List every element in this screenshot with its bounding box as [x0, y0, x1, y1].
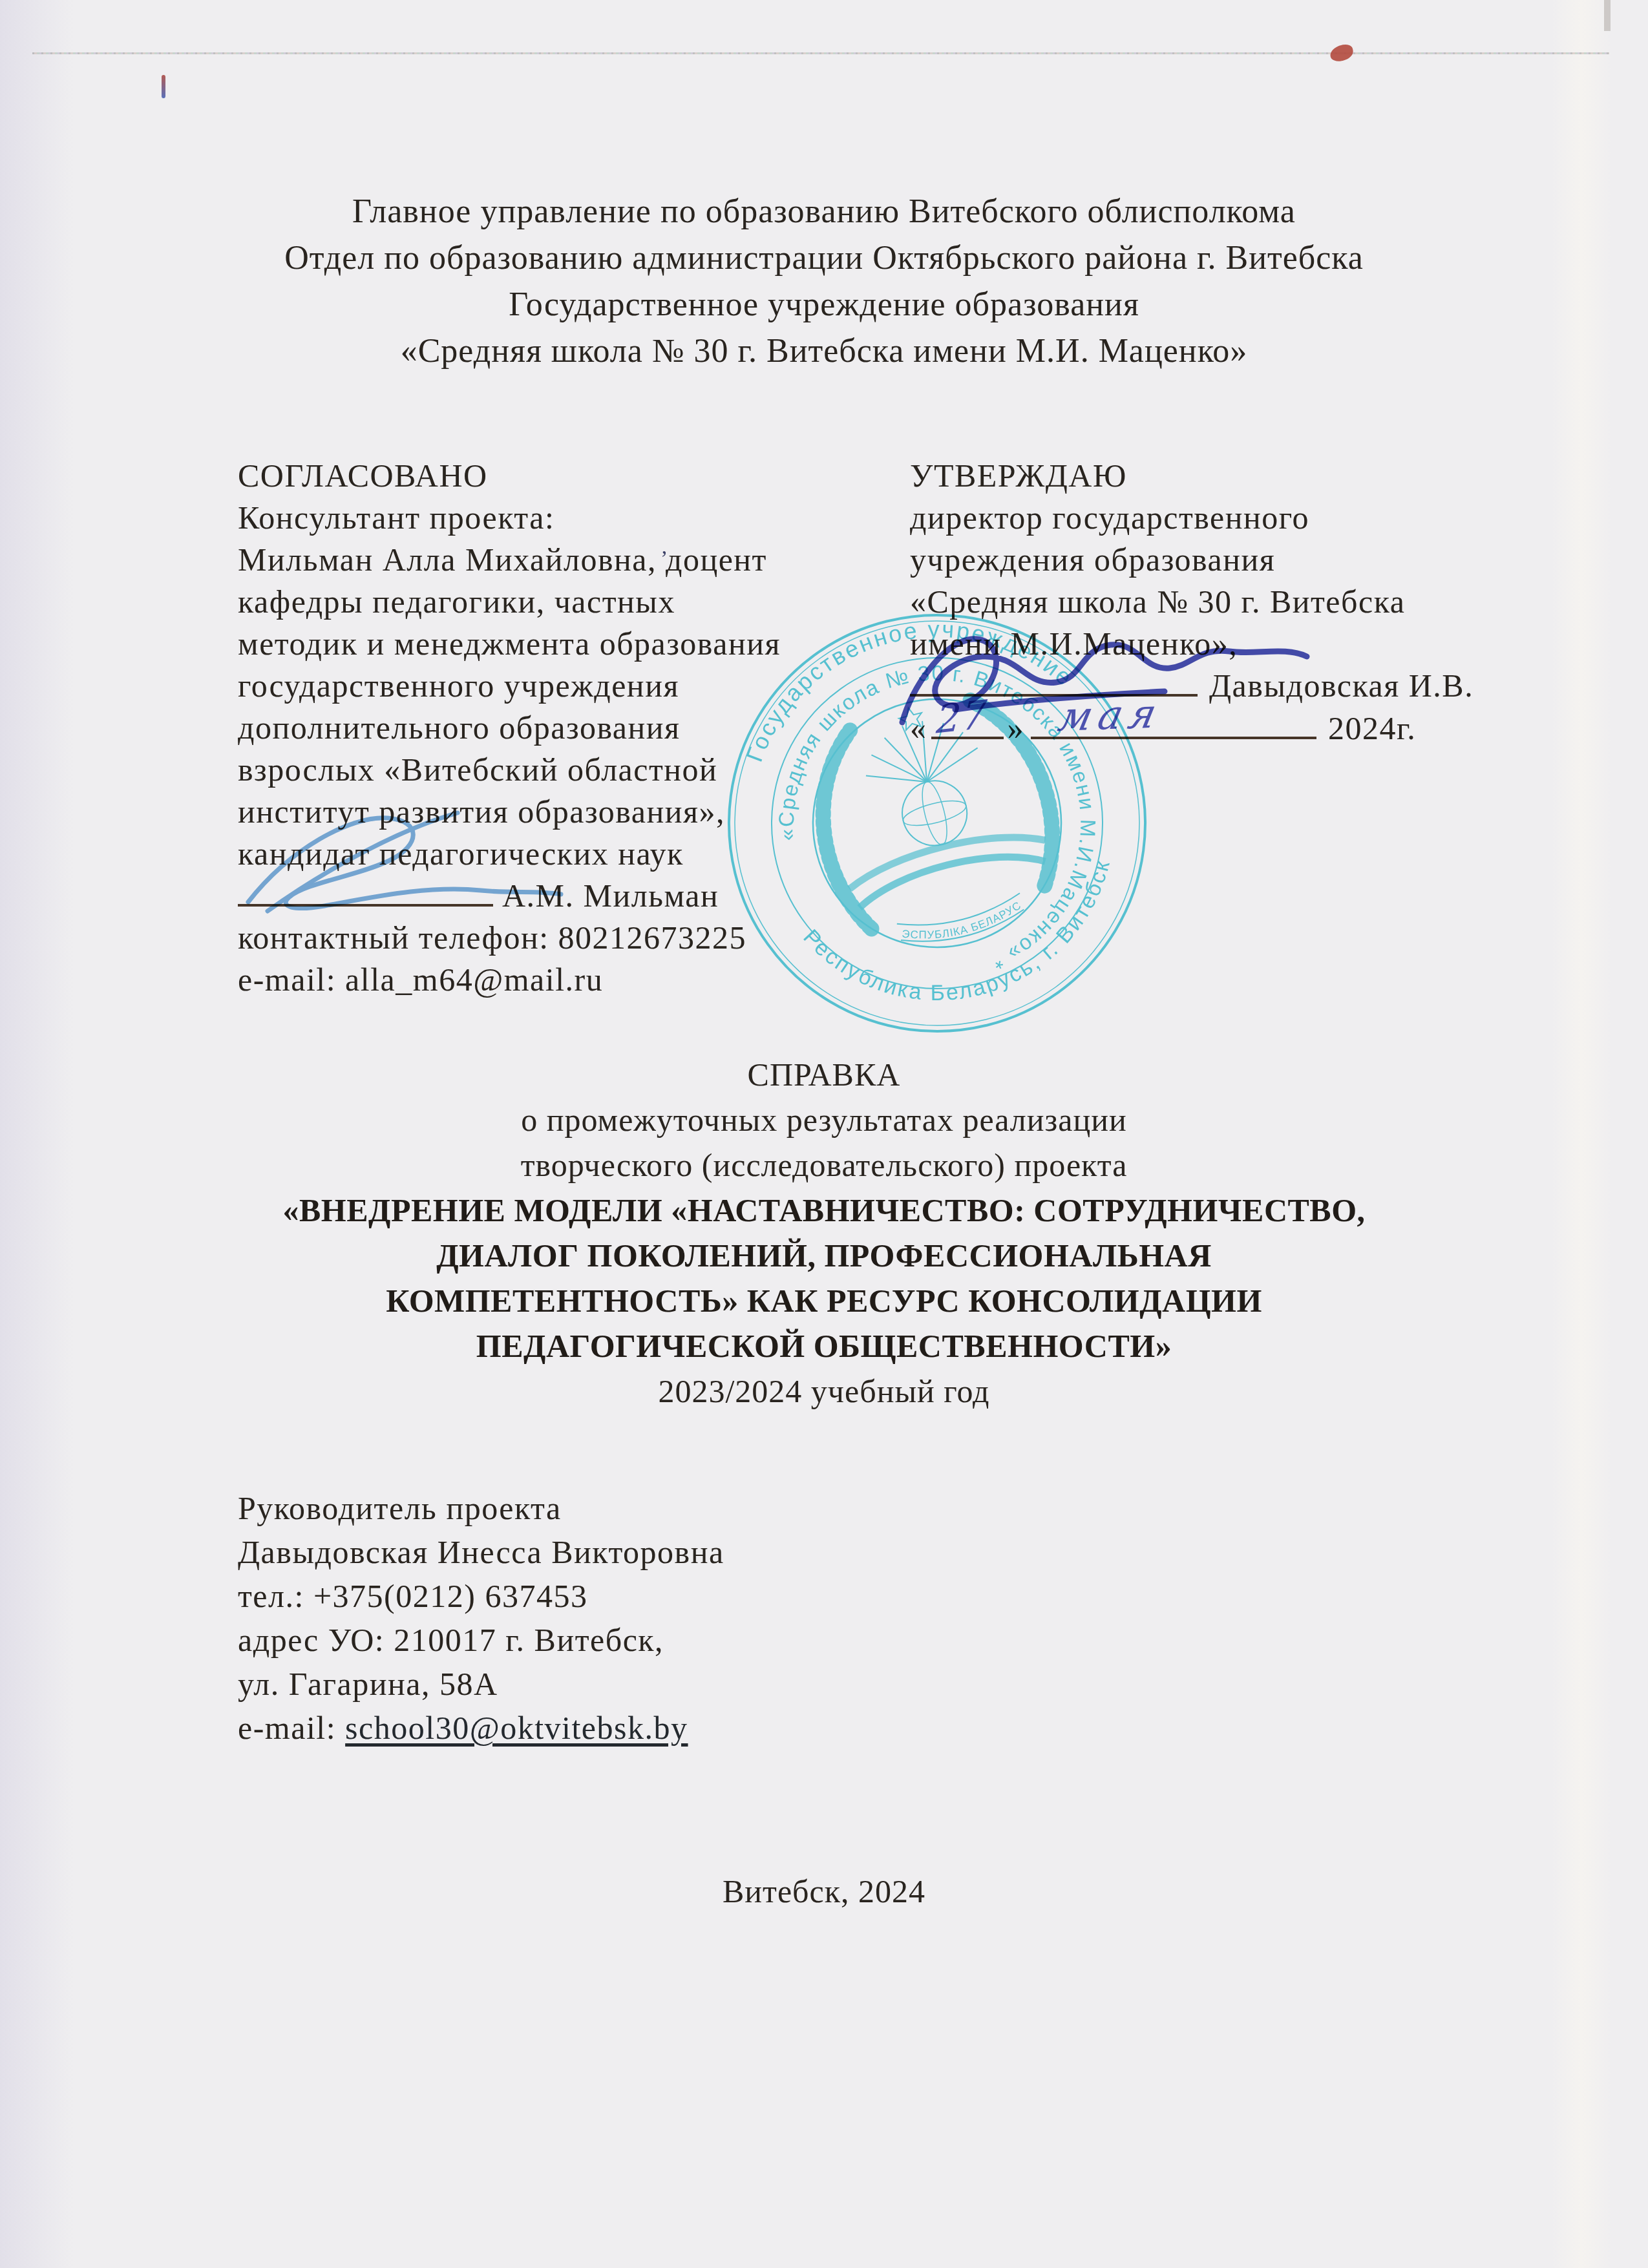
- scan-artifact-line: [32, 52, 1609, 54]
- header-line-department: Отдел по образованию администрации Октяб…: [0, 235, 1648, 282]
- agreement-label: СОГЛАСОВАНО: [238, 455, 923, 497]
- lead-address-1: адрес УО: 210017 г. Витебск,: [238, 1618, 724, 1662]
- approval-line: директор государственного: [910, 497, 1505, 539]
- scan-artifact-tick: [162, 75, 165, 98]
- project-title-line: ПЕДАГОГИЧЕСКОЙ ОБЩЕСТВЕННОСТИ»: [90, 1323, 1558, 1369]
- academic-year: 2023/2024 учебный год: [90, 1369, 1558, 1414]
- lead-address-2: ул. Гагарина, 58А: [238, 1662, 724, 1706]
- certificate-title-block: СПРАВКА о промежуточных результатах реал…: [90, 1052, 1558, 1414]
- agreement-line: кафедры педагогики, частных: [238, 581, 923, 623]
- emblem-flag-ribbons: [845, 823, 1050, 909]
- project-title-line: «ВНЕДРЕНИЕ МОДЕЛИ «НАСТАВНИЧЕСТВО: СОТРУ…: [90, 1188, 1558, 1233]
- email-label: e-mail:: [238, 1710, 345, 1746]
- agreement-line: Консультант проекта:: [238, 497, 923, 539]
- approval-line: учреждения образования: [910, 539, 1505, 581]
- scanned-document-page: Главное управление по образованию Витебс…: [0, 0, 1648, 2268]
- director-signature-ink: [893, 624, 1312, 739]
- header-line-authority: Главное управление по образованию Витебс…: [0, 189, 1648, 235]
- agreement-line: Мильман Алла Михайловна, доцент: [238, 539, 923, 581]
- project-title-line: КОМПЕТЕНТНОСТЬ» КАК РЕСУРС КОНСОЛИДАЦИИ: [90, 1278, 1558, 1323]
- header-line-institution-type: Государственное учреждение образования: [0, 282, 1648, 328]
- doc-type-title: СПРАВКА: [90, 1052, 1558, 1097]
- footer-city-year: Витебск, 2024: [0, 1873, 1648, 1910]
- project-title-line: ДИАЛОГ ПОКОЛЕНИЙ, ПРОФЕССИОНАЛЬНАЯ: [90, 1233, 1558, 1278]
- date-year: 2024г.: [1328, 710, 1416, 746]
- title-subtitle: творческого (исследовательского) проекта: [90, 1142, 1558, 1188]
- email-link[interactable]: school30@oktvitebsk.by: [345, 1710, 688, 1746]
- title-subtitle: о промежуточных результатах реализации: [90, 1097, 1558, 1142]
- scan-artifact-red-blob: [1329, 43, 1355, 63]
- lead-name: Давыдовская Инесса Викторовна: [238, 1530, 724, 1574]
- lead-phone: тел.: +375(0212) 637453: [238, 1574, 724, 1618]
- document-header: Главное управление по образованию Витебс…: [0, 189, 1648, 375]
- header-line-school-name: «Средняя школа № 30 г. Витебска имени М.…: [0, 328, 1648, 375]
- scan-artifact-streak: [1604, 0, 1611, 31]
- approval-label: УТВЕРЖДАЮ: [910, 455, 1505, 497]
- project-lead-block: Руководитель проекта Давыдовская Инесса …: [238, 1486, 724, 1750]
- lead-email-row: e-mail: school30@oktvitebsk.by: [238, 1706, 724, 1750]
- consultant-signature-ink: [230, 806, 582, 918]
- lead-role: Руководитель проекта: [238, 1486, 724, 1530]
